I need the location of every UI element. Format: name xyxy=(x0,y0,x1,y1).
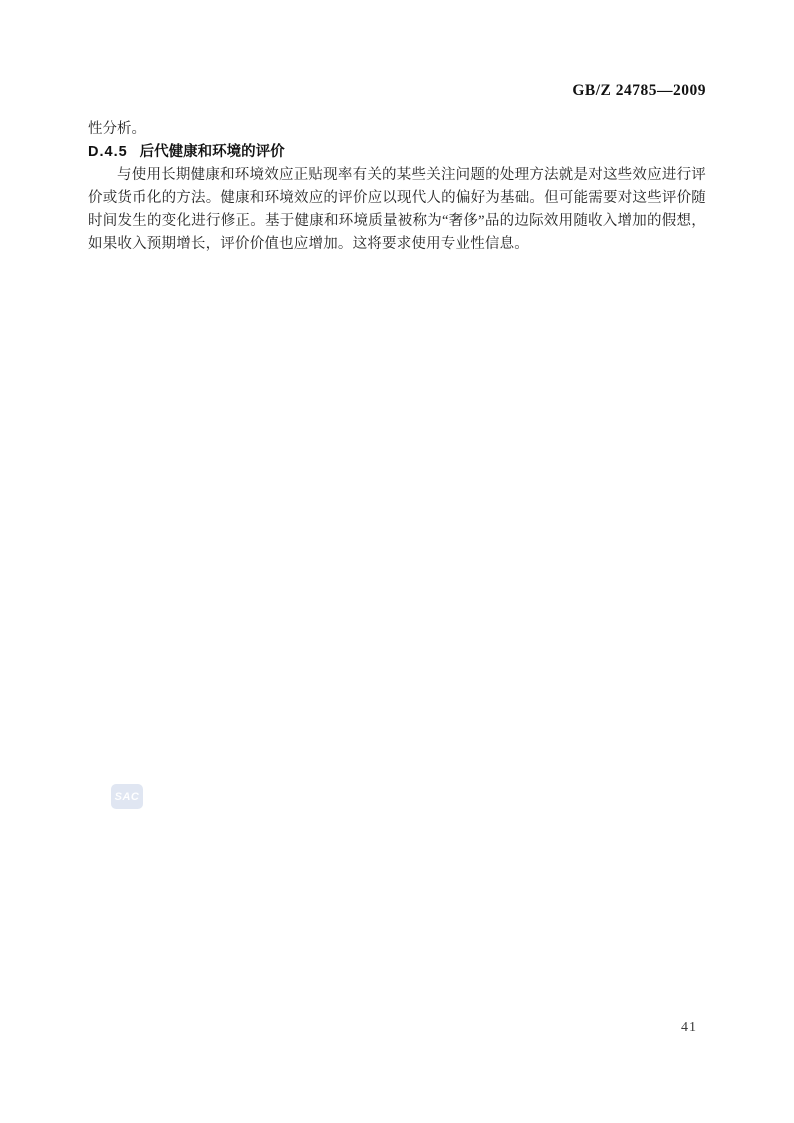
page-number: 41 xyxy=(681,1020,697,1036)
section-number: D.4.5 xyxy=(88,144,128,160)
section-title: 后代健康和环境的评价 xyxy=(140,144,285,160)
page-content: GB/Z 24785—2009 性分析。 D.4.5后代健康和环境的评价 与使用… xyxy=(88,82,706,256)
document-page: GB/Z 24785—2009 性分析。 D.4.5后代健康和环境的评价 与使用… xyxy=(0,0,794,1123)
body-paragraph: 与使用长期健康和环境效应正贴现率有关的某些关注问题的处理方法就是对这些效应进行评… xyxy=(88,164,706,256)
sac-watermark-label: SAC xyxy=(115,791,140,803)
standard-code-header: GB/Z 24785—2009 xyxy=(88,82,706,100)
section-heading: D.4.5后代健康和环境的评价 xyxy=(88,141,706,164)
sac-watermark-logo: SAC xyxy=(111,784,143,809)
continuation-text: 性分析。 xyxy=(88,118,706,141)
